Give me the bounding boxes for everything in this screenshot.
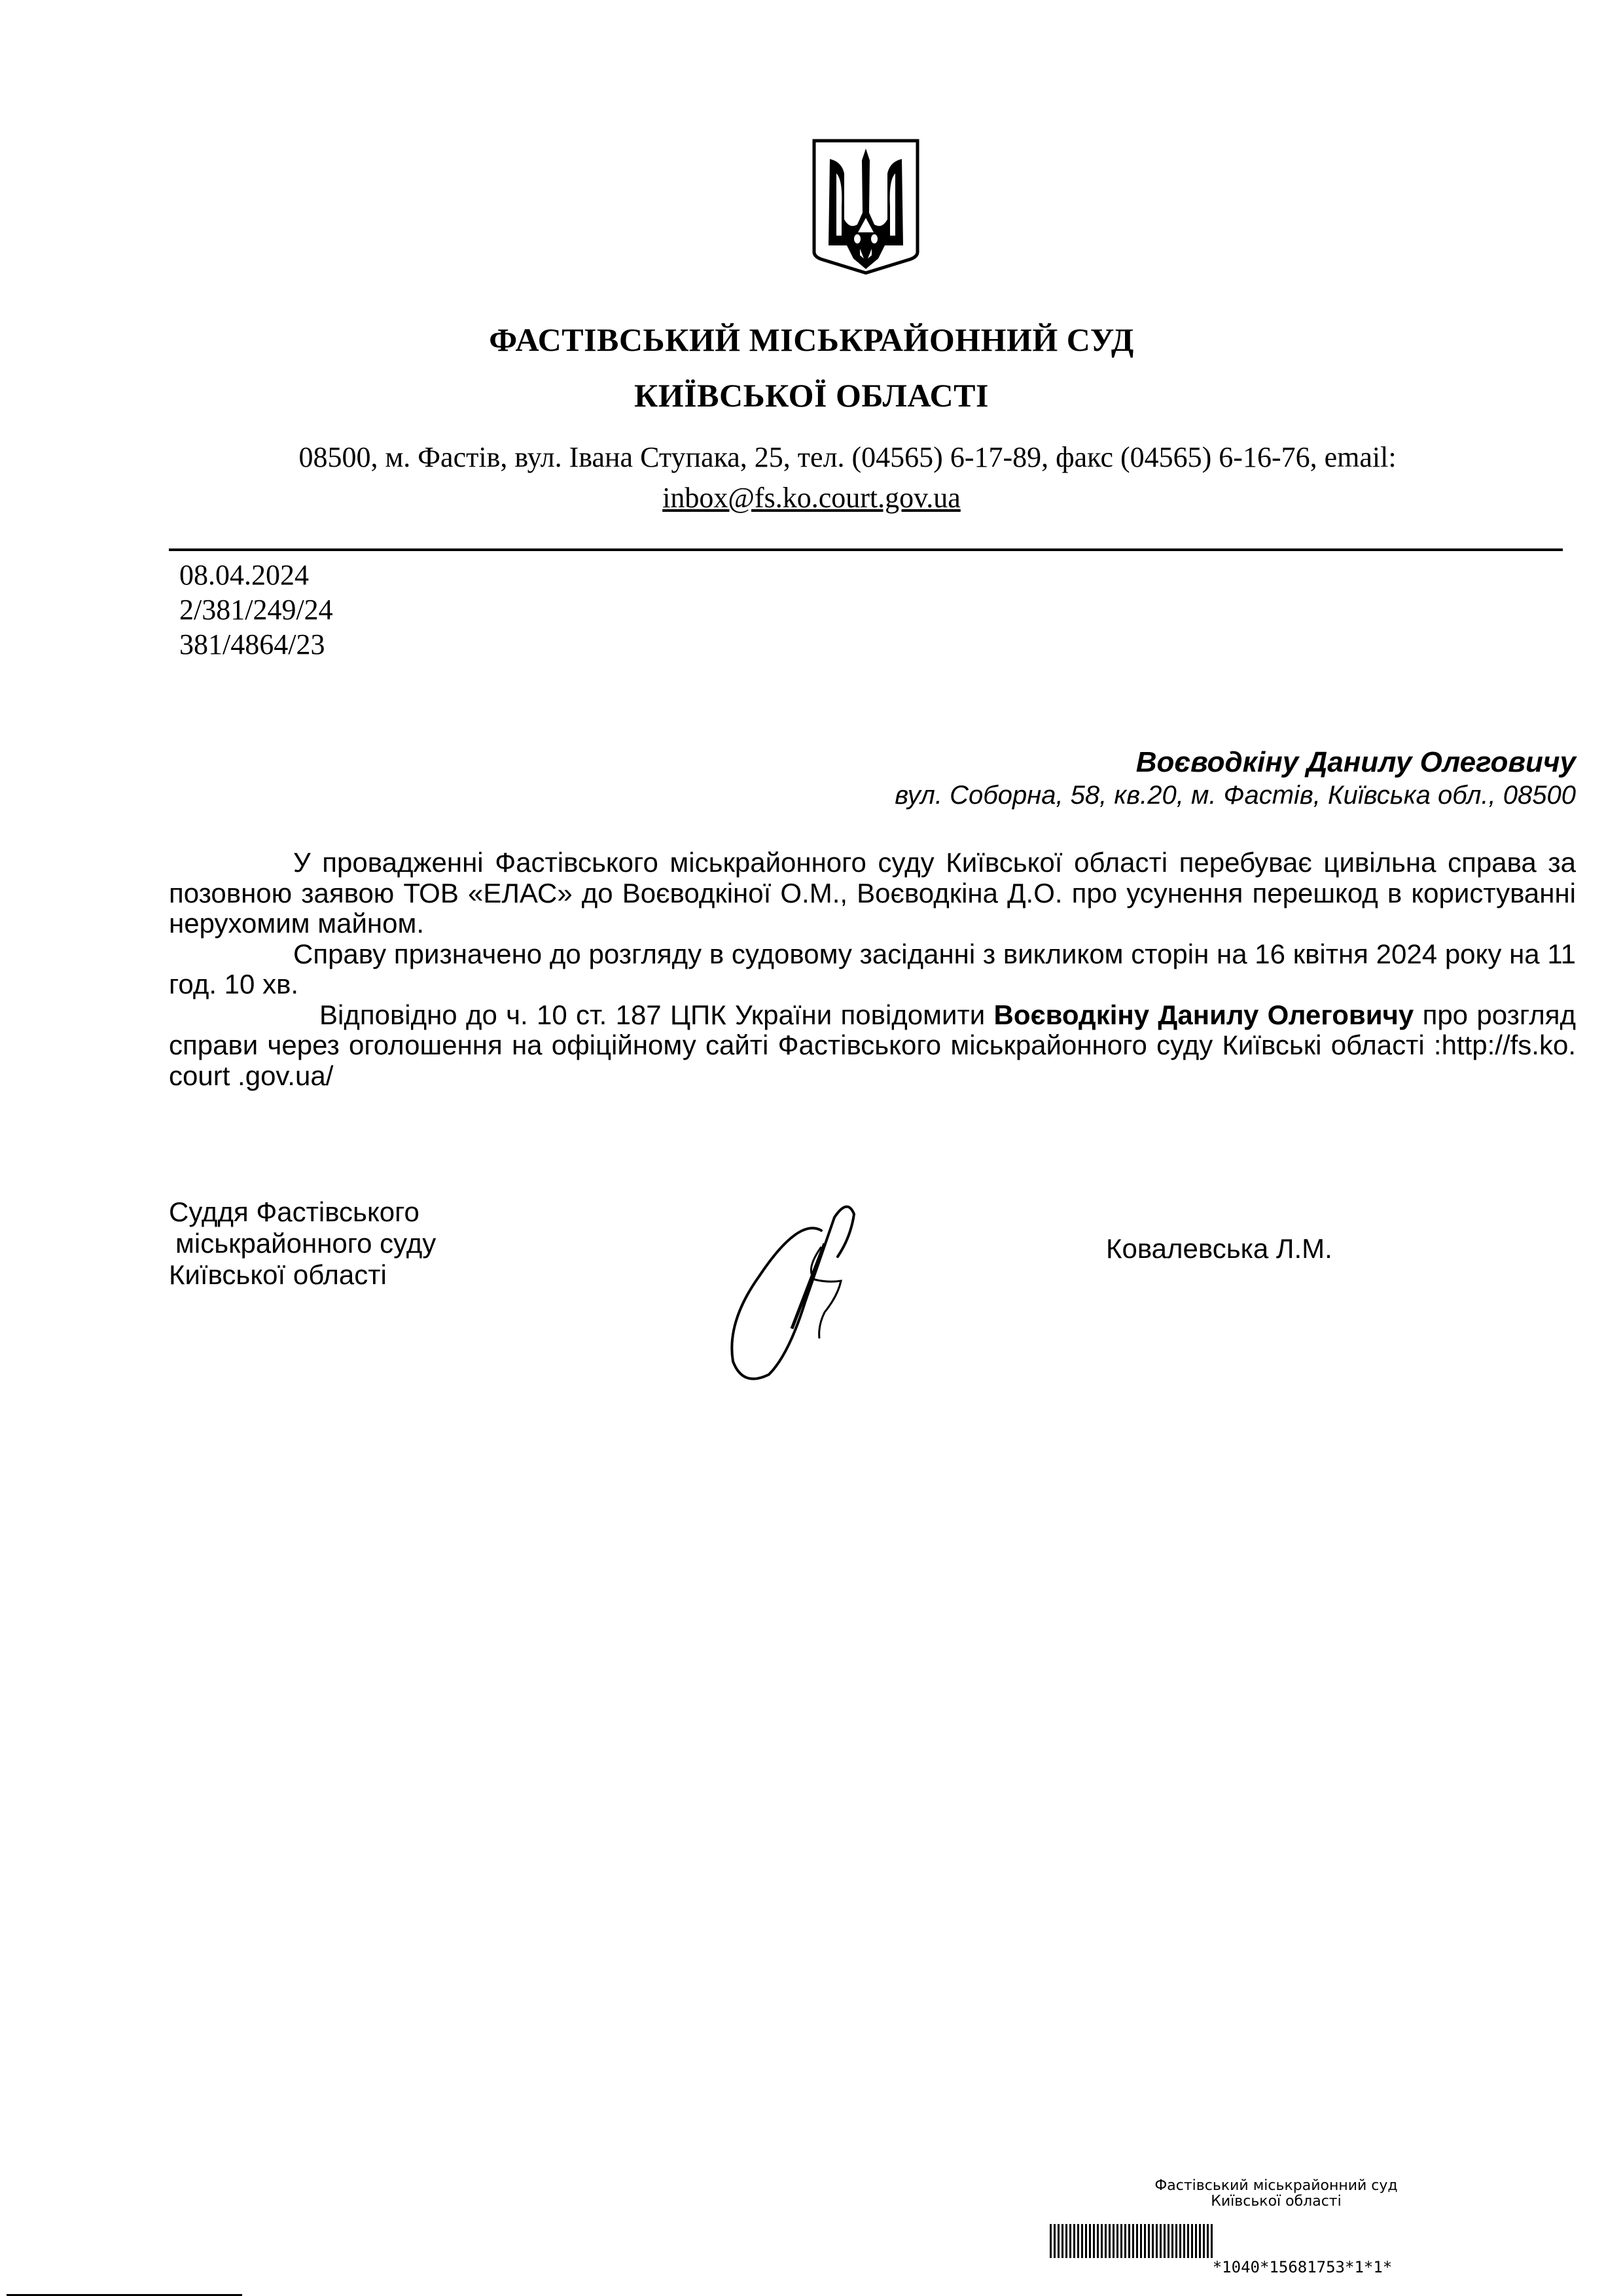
handwritten-signature-icon <box>707 1198 877 1388</box>
case-number: 381/4864/23 <box>179 627 333 662</box>
document-references: 08.04.2024 2/381/249/24 381/4864/23 <box>179 558 333 662</box>
court-name-line2: КИЇВСЬКОЇ ОБЛАСТІ <box>0 376 1623 414</box>
header-divider <box>169 548 1563 551</box>
barcode-number: *1040*15681753*1*1* <box>1014 2258 1590 2276</box>
document-date: 08.04.2024 <box>179 558 333 592</box>
paragraph-case-info: У провадженні Фастівського міськрайонног… <box>169 848 1576 939</box>
outgoing-number: 2/381/249/24 <box>179 592 333 627</box>
court-email[interactable]: inbox@fs.ko.court.gov.ua <box>0 478 1623 518</box>
judge-position-line1: Суддя Фастівського <box>169 1196 436 1228</box>
stamp-court-line1: Фастівський міськрайонний суд <box>988 2178 1564 2194</box>
recipient-address: вул. Соборна, 58, кв.20, м. Фастів, Київ… <box>895 781 1576 810</box>
coat-of-arms-icon <box>810 134 921 275</box>
judge-position-line3: Київської області <box>169 1259 436 1291</box>
notification-recipient: Воєводкіну Данилу Олеговичу <box>993 999 1414 1030</box>
judge-name: Ковалевська Л.М. <box>1106 1233 1332 1265</box>
court-email-link[interactable]: inbox@fs.ko.court.gov.ua <box>662 482 961 514</box>
paragraph-notification: Відповідно до ч. 10 ст. 187 ЦПК України … <box>169 1000 1576 1092</box>
notification-prefix: Відповідно до ч. 10 ст. 187 ЦПК України … <box>319 999 993 1030</box>
court-address: 08500, м. Фастів, вул. Івана Ступака, 25… <box>196 437 1499 478</box>
judge-position: Суддя Фастівського міськрайонного суду К… <box>169 1196 436 1291</box>
letter-body: У провадженні Фастівського міськрайонног… <box>169 848 1576 1091</box>
barcode <box>1050 2224 1607 2258</box>
paragraph-hearing-date: Справу призначено до розгляду в судовому… <box>169 939 1576 1000</box>
stamp-court-line2: Київської області <box>988 2194 1564 2210</box>
registry-stamp-court: Фастівський міськрайонний суд Київської … <box>988 2178 1564 2210</box>
judge-position-line2: міськрайонного суду <box>169 1228 436 1259</box>
court-name-line1: ФАСТІВСЬКИЙ МІСЬКРАЙОННИЙ СУД <box>0 321 1623 359</box>
recipient-name: Воєводкіну Данилу Олеговичу <box>1136 746 1576 779</box>
